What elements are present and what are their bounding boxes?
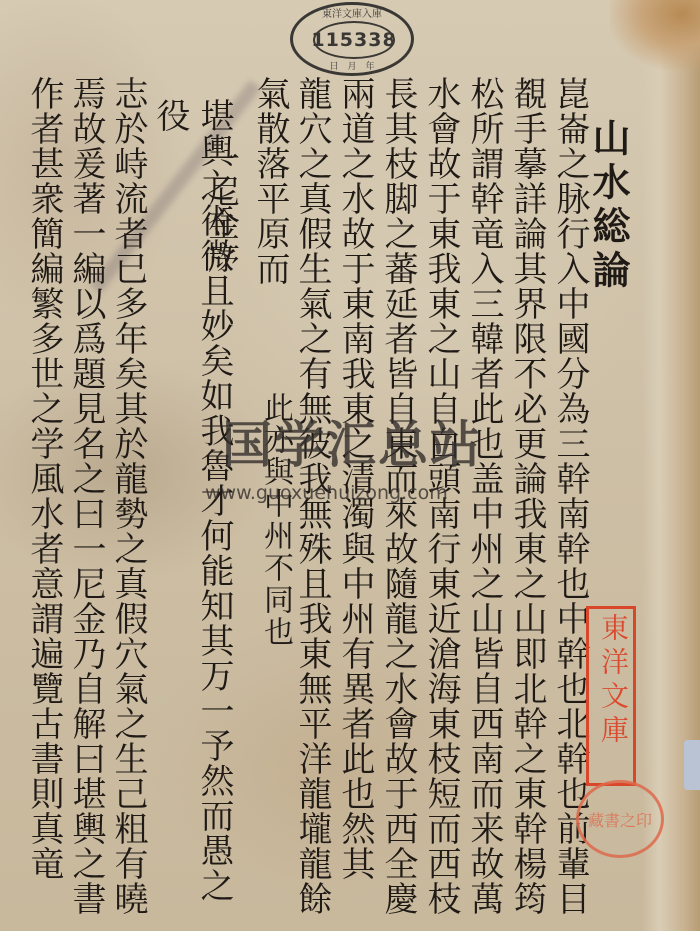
text-column-11: 焉故爰著一編以爲題見名之曰一尼金乃自解曰堪輿之書 [64,76,108,916]
page-edge-blue-tab [684,740,700,790]
watermark-url: www.guoxuehuizong.com [205,482,448,504]
red-library-seal: 東洋文庫 [586,606,636,786]
text-column-8: 氣散落平原而 [248,76,292,286]
text-column-3: 松所謂幹竜入三韓者此也盖中州之山皆自西南而来故萬 [462,76,506,916]
page-title: 山水総論 [586,118,630,294]
text-column-2: 覩手摹詳論其界限不必更論我東之山即北幹之東幹楊筠 [505,76,549,916]
library-accession-stamp: 東洋文庫入庫 115338 日 月 年 [290,2,414,76]
text-column-9: 堪輿之術微且妙矣如我魯才何能知其万一予然而愚之役 [148,98,236,931]
stamp-ring-bottom: 日 月 年 [293,59,411,72]
scanned-page: 山水総論 崑崙之脉行入中國分為三幹南幹也中幹也北幹也前輩目 覩手摹詳論其界限不必… [0,0,700,931]
red-round-seal: 藏書之印 [576,780,664,858]
text-column-12: 作者甚衆簡編繁多世之学風水者意謂遍覽古書則真竜 [22,76,66,881]
text-column-10: 志於峙流者已多年矣其於龍勢之真假穴氣之生己粗有曉 [106,76,150,916]
red-seal-text: 東洋文庫 [595,613,631,749]
accession-number: 115338 [313,21,395,59]
text-column-1: 崑崙之脉行入中國分為三幹南幹也中幹也北幹也前輩目 [548,76,592,916]
stamp-ring-top: 東洋文庫入庫 [293,5,411,20]
text-column-6: 兩道之水故于東南我東之清濁與中州有異者此也然其 [333,76,377,881]
round-seal-text: 藏書之印 [588,808,652,831]
page-tear-top-right [610,0,700,70]
watermark-site-name: 国学汇总站 [222,405,482,477]
